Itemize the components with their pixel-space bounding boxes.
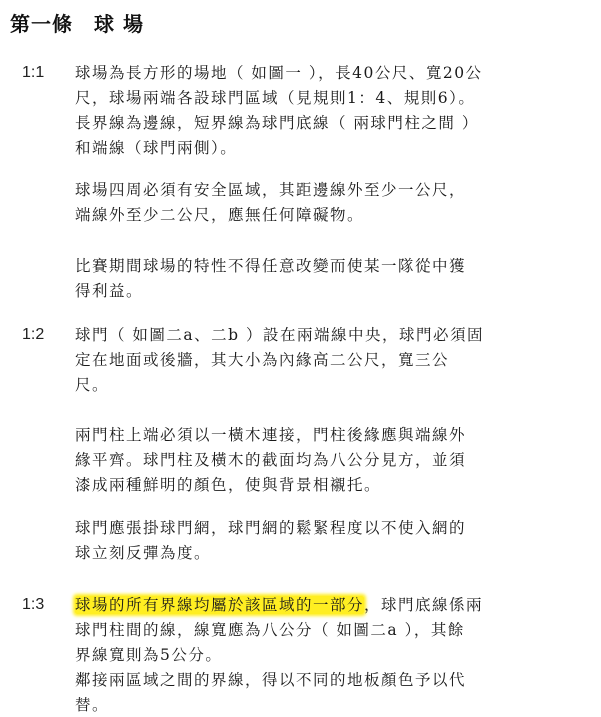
text-line: 球立刻反彈為度。	[75, 541, 575, 566]
text-line: 球場四周必須有安全區域，其距邊線外至少一公尺，	[75, 178, 575, 203]
text-line: 球門（ 如圖二a、二b ）設在兩端線中央，球門必須固	[75, 323, 575, 348]
text-line: 長界線為邊線，短界線為球門底線（ 兩球門柱之間 ）	[75, 111, 575, 136]
article-title: 第一條 球 場	[10, 8, 144, 37]
text-line: 和端線（球門兩側）。	[75, 136, 575, 161]
text-line: 端線外至少二公尺，應無任何障礙物。	[75, 203, 575, 228]
rule-1-2-paragraph-1: 球門（ 如圖二a、二b ）設在兩端線中央，球門必須固 定在地面或後牆，其大小為內…	[75, 323, 575, 398]
text-line: 球場為長方形的場地（ 如圖一 ），長40公尺、寬20公	[75, 61, 575, 86]
text-line: 球場的所有界線均屬於該區域的一部分，球門底線係兩	[75, 593, 575, 618]
rule-label-1-3: 1:3	[22, 596, 44, 614]
text-line: 球門柱間的線，線寬應為八公分（ 如圖二a ），其餘	[75, 618, 575, 643]
text-line: 尺。	[75, 373, 575, 398]
text-line: 漆成兩種鮮明的顏色，使與背景相襯托。	[75, 473, 575, 498]
text-line: 得利益。	[75, 279, 575, 304]
text-line: 尺，球場兩端各設球門區域（見規則1：4、規則6）。	[75, 86, 575, 111]
rule-label-1-1: 1:1	[22, 64, 44, 82]
text-line: 比賽期間球場的特性不得任意改變而使某一隊從中獲	[75, 254, 575, 279]
rule-1-2-paragraph-2: 兩門柱上端必須以一橫木連接，門柱後緣應與端線外 緣平齊。球門柱及橫木的截面均為八…	[75, 423, 575, 498]
rule-1-1-paragraph-2: 球場四周必須有安全區域，其距邊線外至少一公尺， 端線外至少二公尺，應無任何障礙物…	[75, 178, 575, 228]
text-line: 定在地面或後牆，其大小為內緣高二公尺，寬三公	[75, 348, 575, 373]
rule-label-1-2: 1:2	[22, 326, 44, 344]
text-fragment: ，球門底線係兩	[364, 596, 483, 614]
text-line: 球門應張掛球門網，球門網的鬆緊程度以不使入網的	[75, 516, 575, 541]
text-line: 兩門柱上端必須以一橫木連接，門柱後緣應與端線外	[75, 423, 575, 448]
highlighted-text: 球場的所有界線均屬於該區域的一部分	[75, 596, 364, 614]
text-line: 緣平齊。球門柱及橫木的截面均為八公分見方，並須	[75, 448, 575, 473]
text-line: 界線寬則為5公分。	[75, 643, 575, 668]
rule-1-1-paragraph-3: 比賽期間球場的特性不得任意改變而使某一隊從中獲 得利益。	[75, 254, 575, 304]
rule-1-3-paragraph: 球場的所有界線均屬於該區域的一部分，球門底線係兩 球門柱間的線，線寬應為八公分（…	[75, 593, 575, 717]
rule-1-2-paragraph-3: 球門應張掛球門網，球門網的鬆緊程度以不使入網的 球立刻反彈為度。	[75, 516, 575, 566]
text-line: 替。	[75, 693, 575, 717]
text-line: 鄰接兩區域之間的界線，得以不同的地板顏色予以代	[75, 668, 575, 693]
rule-1-1-paragraph-1: 球場為長方形的場地（ 如圖一 ），長40公尺、寬20公 尺，球場兩端各設球門區域…	[75, 61, 575, 161]
